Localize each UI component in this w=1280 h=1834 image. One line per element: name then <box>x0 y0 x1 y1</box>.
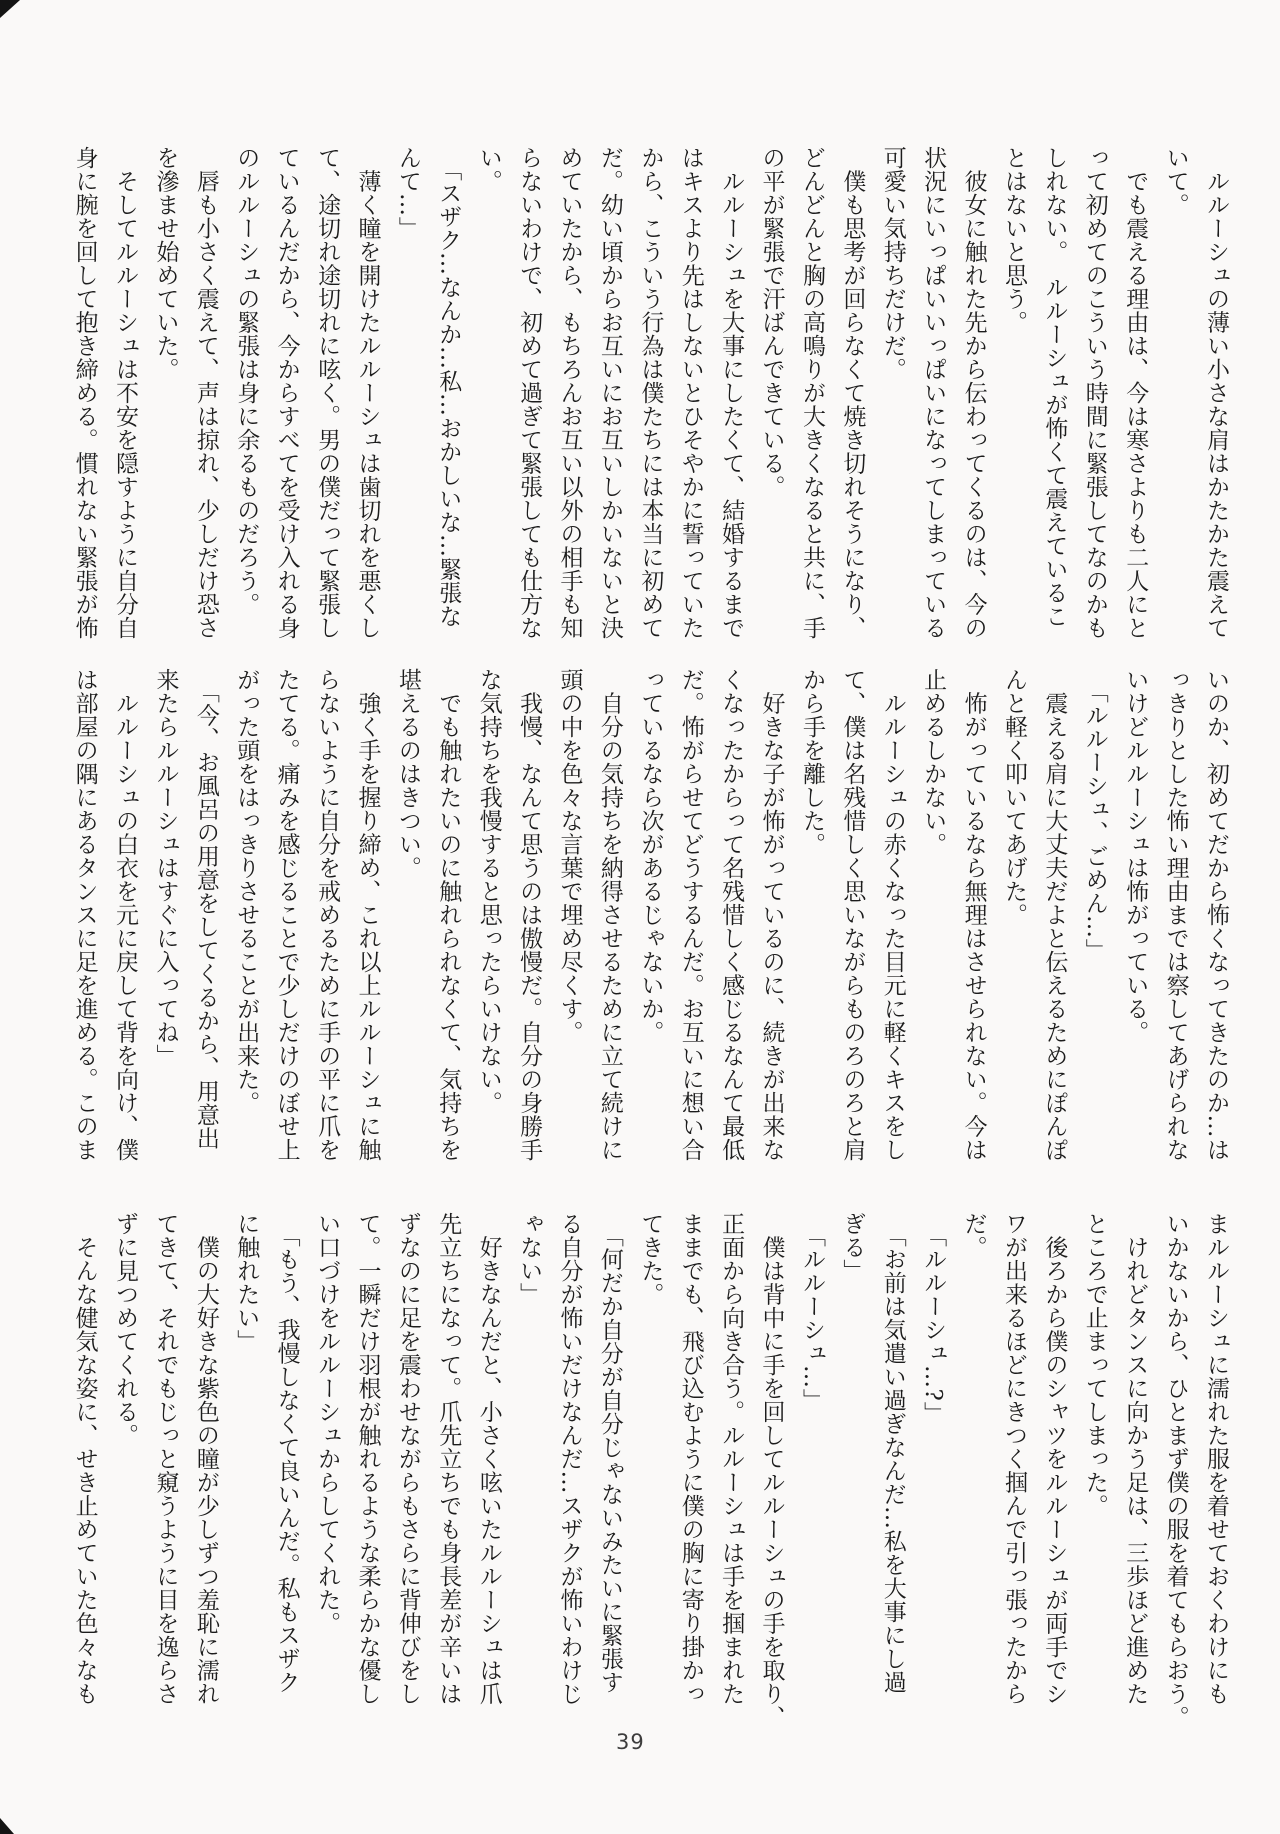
scan-artifact-top-left <box>0 0 20 18</box>
text-column: んて…」 <box>387 146 427 642</box>
text-column: たてる。痛みを感じることで少しだけのぼせ上 <box>266 668 306 1164</box>
text-column: 「ルルーシュ…」 <box>792 1212 832 1708</box>
text-column: を滲ませ始めていた。 <box>145 146 185 642</box>
text-column: 僕も思考が回らなくて焼き切れそうになり、 <box>832 146 872 642</box>
text-column: ワが出来るほどにきつく掴んで引っ張ったから <box>994 1212 1034 1708</box>
text-column: しれない。 ルルーシュが怖くて震えているこ <box>1034 146 1074 642</box>
text-column: 可愛い気持ちだけだ。 <box>872 146 912 642</box>
text-column: 僕は背中に手を回してルルーシュの手を取り、 <box>751 1212 791 1708</box>
text-column: いけどルルーシュは怖がっている。 <box>1115 668 1155 1164</box>
text-column: んと軽く叩いてあげた。 <box>994 668 1034 1164</box>
text-column: は部屋の隅にあるタンスに足を進める。このま <box>64 668 104 1164</box>
text-column: て、僕は名残惜しく思いながらものろのろと肩 <box>832 668 872 1164</box>
text-column: 薄く瞳を開けたルルーシュは歯切れを悪くし <box>347 146 387 642</box>
text-column: ところで止まってしまった。 <box>1074 1212 1114 1708</box>
text-column: そんな健気な姿に、せき止めていた色々なも <box>64 1212 104 1708</box>
text-column: 「今、お風呂の用意をしてくるから、用意出 <box>185 668 225 1164</box>
text-column: そしてルルーシュは不安を隠すように自分自 <box>105 146 145 642</box>
text-column: でも震える理由は、今は寒さよりも二人にと <box>1115 146 1155 642</box>
text-column: 堪えるのはきつい。 <box>387 668 427 1164</box>
text-column: て。一瞬だけ羽根が触れるような柔らかな優し <box>347 1212 387 1708</box>
text-column: 僕の大好きな紫色の瞳が少しずつ羞恥に濡れ <box>185 1212 225 1708</box>
text-column: っているなら次があるじゃないか。 <box>630 668 670 1164</box>
text-column: ゃない」 <box>509 1212 549 1708</box>
text-column: って初めてのこういう時間に緊張してなのかも <box>1074 146 1114 642</box>
text-column: けれどタンスに向かう足は、三歩ほど進めた <box>1115 1212 1155 1708</box>
text-column: ぎる」 <box>832 1212 872 1708</box>
text-column: でも触れたいのに触れられなくて、気持ちを <box>428 668 468 1164</box>
text-column: 状況にいっぱいいっぱいになってしまっている <box>913 146 953 642</box>
text-column: い口づけをルルーシュからしてくれた。 <box>307 1212 347 1708</box>
text-column: 自分の気持ちを納得させるために立て続けに <box>590 668 630 1164</box>
text-column: だ。幼い頃からお互いにお互いしかいないと決 <box>590 146 630 642</box>
text-column: 「ルルーシュ、ごめん…」 <box>1074 668 1114 1164</box>
text-column: 「もう、我慢しなくて良いんだ。私もスザク <box>266 1212 306 1708</box>
text-column: 来たらルルーシュはすぐに入ってね」 <box>145 668 185 1164</box>
text-column: ルルーシュの白衣を元に戻して背を向け、僕 <box>105 668 145 1164</box>
text-column: 強く手を握り締め、これ以上ルルーシュに触 <box>347 668 387 1164</box>
text-column: てきて、それでもじっと窺うように目を逸らさ <box>145 1212 185 1708</box>
text-column: ルルーシュの赤くなった目元に軽くキスをし <box>872 668 912 1164</box>
text-column: いのか、初めてだから怖くなってきたのか…は <box>1196 668 1236 1164</box>
text-band-1: ルルーシュの薄い小さな肩はかたかた震えていて。 でも震える理由は、今は寒さよりも… <box>64 146 1236 642</box>
text-column: ずなのに足を震わせながらもさらに背伸びをし <box>387 1212 427 1708</box>
text-column: ルルーシュを大事にしたくて、結婚するまで <box>711 146 751 642</box>
text-column: とはないと思う。 <box>994 146 1034 642</box>
text-column: らないように自分を戒めるために手の平に爪を <box>307 668 347 1164</box>
text-column: 止めるしかない。 <box>913 668 953 1164</box>
text-column: くなったからって名残惜しく感じるなんて最低 <box>711 668 751 1164</box>
text-column: まルルーシュに濡れた服を着せておくわけにも <box>1196 1212 1236 1708</box>
text-column: て、途切れ途切れに呟く。男の僕だって緊張し <box>307 146 347 642</box>
text-column: 先立ちになって。爪先立ちでも身長差が辛いは <box>428 1212 468 1708</box>
text-column: に触れたい」 <box>226 1212 266 1708</box>
text-column: 「スザク…なんか…私…おかしいな…緊張な <box>428 146 468 642</box>
text-column: いて。 <box>1155 146 1195 642</box>
text-column: がった頭をはっきりさせることが出来た。 <box>226 668 266 1164</box>
text-column: 我慢、なんて思うのは傲慢だ。自分の身勝手 <box>509 668 549 1164</box>
text-column: てきた。 <box>630 1212 670 1708</box>
scan-artifact-bottom-left <box>0 1818 14 1834</box>
text-column: ているんだから、今からすべてを受け入れる身 <box>266 146 306 642</box>
text-band-3: まルルーシュに濡れた服を着せておくわけにもいかないから、ひとまず僕の服を着てもら… <box>64 1212 1236 1708</box>
text-column: いかないから、ひとまず僕の服を着てもらおう。 <box>1155 1212 1195 1708</box>
text-column: から手を離した。 <box>792 668 832 1164</box>
page-number: 39 <box>616 1730 645 1754</box>
text-column: だ。 <box>953 1212 993 1708</box>
text-column: 頭の中を色々な言葉で埋め尽くす。 <box>549 668 589 1164</box>
text-column: どんどんと胸の高鳴りが大きくなると共に、手 <box>792 146 832 642</box>
text-column: 好きなんだと、小さく呟いたルルーシュは爪 <box>468 1212 508 1708</box>
text-column: 「お前は気遣い過ぎなんだ…私を大事にし過 <box>872 1212 912 1708</box>
text-column: 「何だか自分が自分じゃないみたいに緊張す <box>590 1212 630 1708</box>
text-column: ままでも、飛び込むように僕の胸に寄り掛かっ <box>670 1212 710 1708</box>
text-band-2: いのか、初めてだから怖くなってきたのか…はっきりとした怖い理由までは察してあげら… <box>64 668 1236 1164</box>
text-column: ルルーシュの薄い小さな肩はかたかた震えて <box>1196 146 1236 642</box>
text-column: っきりとした怖い理由までは察してあげられな <box>1155 668 1195 1164</box>
text-column: 震える肩に大丈夫だよと伝えるためにぽんぽ <box>1034 668 1074 1164</box>
text-column: 「ルルーシュ…?」 <box>913 1212 953 1708</box>
text-column: はキスより先はしないとひそやかに誓っていた <box>670 146 710 642</box>
scanned-page: ルルーシュの薄い小さな肩はかたかた震えていて。 でも震える理由は、今は寒さよりも… <box>0 0 1280 1834</box>
text-column: だ。怖がらせてどうするんだ。お互いに想い合 <box>670 668 710 1164</box>
text-column: ずに見つめてくれる。 <box>105 1212 145 1708</box>
text-column: 怖がっているなら無理はさせられない。今は <box>953 668 993 1164</box>
text-column: 彼女に触れた先から伝わってくるのは、今の <box>953 146 993 642</box>
text-column: い。 <box>468 146 508 642</box>
text-column: から、こういう行為は僕たちには本当に初めて <box>630 146 670 642</box>
text-column: な気持ちを我慢すると思ったらいけない。 <box>468 668 508 1164</box>
text-column: 身に腕を回して抱き締める。慣れない緊張が怖 <box>64 146 104 642</box>
text-column: らないわけで、初めて過ぎて緊張しても仕方な <box>509 146 549 642</box>
text-column: のルルーシュの緊張は身に余るものだろう。 <box>226 146 266 642</box>
text-column: めていたから、もちろんお互い以外の相手も知 <box>549 146 589 642</box>
text-column: 好きな子が怖がっているのに、続きが出来な <box>751 668 791 1164</box>
text-column: 唇も小さく震えて、声は掠れ、少しだけ恐さ <box>185 146 225 642</box>
text-column: 後ろから僕のシャツをルルーシュが両手でシ <box>1034 1212 1074 1708</box>
text-column: る自分が怖いだけなんだ…スザクが怖いわけじ <box>549 1212 589 1708</box>
text-column: 正面から向き合う。ルルーシュは手を掴まれた <box>711 1212 751 1708</box>
text-column: の平が緊張で汗ばんできている。 <box>751 146 791 642</box>
